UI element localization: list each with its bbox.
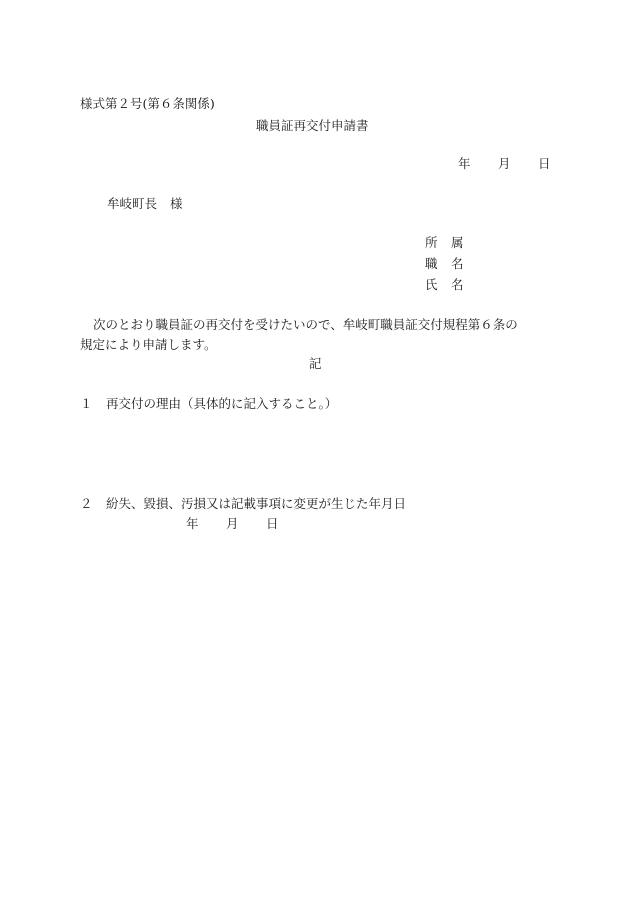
form-label: 様式第２号(第６条関係) (80, 96, 215, 112)
year-label: 年 (186, 516, 226, 532)
addressee-honorific: 様 (170, 196, 183, 211)
month-label: 月 (226, 516, 266, 532)
applicant-name: 氏名 (425, 277, 464, 298)
body-line-1: 次のとおり職員証の再交付を受けたいので、牟岐町職員証交付規程第６条の (93, 317, 518, 333)
month-label: 月 (498, 156, 538, 172)
addressee-name: 牟岐町長 (107, 196, 157, 211)
item-1: １再交付の理由（具体的に記入すること。） (80, 396, 337, 412)
item-2-number: ２ (80, 496, 106, 512)
day-label: 日 (538, 156, 551, 172)
item-2-date: 年月日 (186, 516, 279, 532)
item-2-text: 紛失、毀損、汚損又は記載事項に変更が生じた年月日 (106, 496, 406, 511)
ki-label: 記 (309, 356, 322, 372)
document-title: 職員証再交付申請書 (256, 118, 369, 134)
item-2: ２紛失、毀損、汚損又は記載事項に変更が生じた年月日 (80, 496, 406, 512)
date-line: 年月日 (458, 156, 551, 172)
item-1-text: 再交付の理由（具体的に記入すること。） (106, 396, 337, 411)
year-label: 年 (458, 156, 498, 172)
addressee: 牟岐町長様 (107, 196, 183, 212)
applicant-affiliation: 所属 (425, 235, 464, 256)
day-label: 日 (266, 516, 279, 532)
item-1-number: １ (80, 396, 106, 412)
applicant-position: 職名 (425, 256, 464, 277)
body-line-2: 規定により申請します。 (80, 337, 217, 353)
applicant-block: 所属 職名 氏名 (425, 235, 464, 298)
